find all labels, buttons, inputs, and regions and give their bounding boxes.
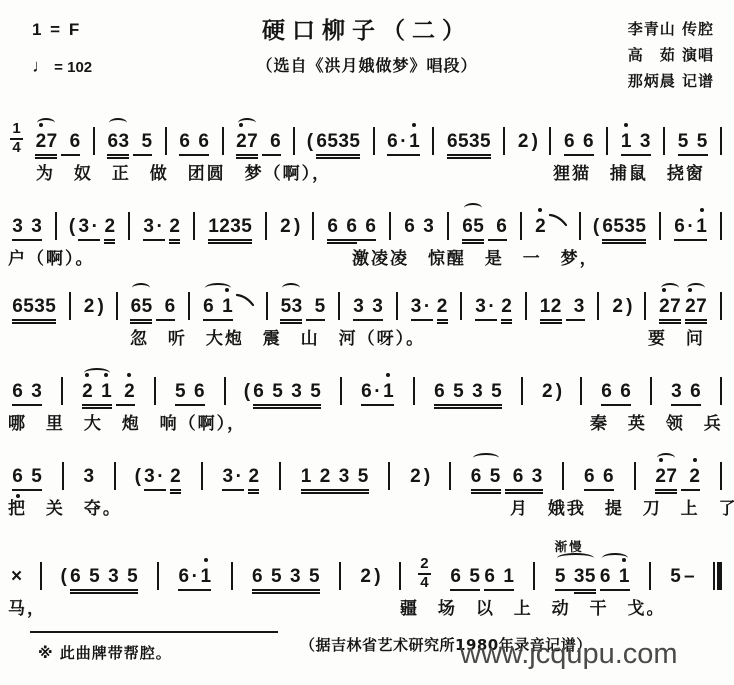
note-char xyxy=(483,379,491,406)
note-char: 3 xyxy=(108,564,119,591)
note-char: 5 xyxy=(271,564,282,591)
measure-cluster: 6·1 xyxy=(359,379,396,406)
note-char: 3 xyxy=(78,214,89,241)
note-char xyxy=(119,564,127,591)
note-char: 2 xyxy=(501,294,512,321)
barline xyxy=(460,292,462,320)
note-char xyxy=(312,464,320,491)
note-group: 2 xyxy=(410,464,421,491)
barline xyxy=(373,127,375,155)
note-char: · xyxy=(372,379,383,406)
note-char xyxy=(264,379,272,406)
barline xyxy=(338,292,340,320)
note-char xyxy=(595,464,603,491)
note-char xyxy=(505,464,513,491)
credit-line-singer: 高 茹 演唱 xyxy=(628,42,714,68)
measure-cluster: 2 xyxy=(533,211,568,241)
lyric-segment: 为 奴 正 做 团圆 梦（啊）， xyxy=(36,159,331,184)
note-char: 5 xyxy=(175,379,186,406)
measure-cluster: 6 1 xyxy=(201,291,255,321)
barline xyxy=(128,212,130,240)
note-char: 6 xyxy=(194,379,205,406)
note-char: 6 xyxy=(327,214,338,241)
lyric-segment: 月 娥我 提 刀 上 了 xyxy=(510,494,734,519)
lyrics-row: 为 奴 正 做 团圆 梦（啊），狸猫 捕鼠 挠窗 xyxy=(8,159,724,183)
barline xyxy=(720,127,722,155)
note-char xyxy=(23,379,31,406)
note-char xyxy=(612,379,620,406)
note-char: 6 xyxy=(361,379,372,406)
barline xyxy=(649,562,651,590)
note-char xyxy=(461,564,469,591)
note-group: 6535 xyxy=(602,214,646,241)
note-char: 6 xyxy=(316,129,327,156)
note-char xyxy=(566,564,574,591)
note-char: 6 xyxy=(583,129,594,156)
note-char: 2 xyxy=(689,464,700,491)
score-line-6: ×(6 5 3 56·16 5 3 52)246 56 1渐慢5 356 15–… xyxy=(8,545,724,618)
note-char xyxy=(611,564,619,591)
barline xyxy=(644,292,646,320)
note-group: 3· xyxy=(143,214,165,241)
measure-cluster: 3·2 xyxy=(220,464,261,491)
note-group: 6 3 xyxy=(404,214,434,241)
note-char: 1 xyxy=(503,564,514,591)
note-char: 6 xyxy=(404,214,415,241)
note-char: 2 xyxy=(655,464,666,491)
note-char: 1 xyxy=(383,379,394,406)
lyrics-row: 把 关 夺。月 娥我 提 刀 上 了 xyxy=(8,494,724,518)
note-char: · xyxy=(189,564,200,591)
barline xyxy=(293,127,295,155)
barline xyxy=(413,377,415,405)
note-char: 2 xyxy=(35,129,46,156)
note-char xyxy=(482,464,490,491)
note-group: 2 xyxy=(169,214,180,241)
notation-symbol: ) xyxy=(531,129,539,156)
measure-cluster: 6·1 xyxy=(385,129,422,156)
measure-cluster: 6 6 xyxy=(562,129,596,156)
note-char: 5 xyxy=(309,564,320,591)
footnote-divider xyxy=(30,631,278,633)
barline xyxy=(389,212,391,240)
note-char: 3 xyxy=(34,294,45,321)
lyrics-row: 马，疆 场 以 上 动 干 戈。 xyxy=(8,594,724,618)
barline xyxy=(339,562,341,590)
note-group: 6535 xyxy=(12,294,56,321)
note-char: 5 xyxy=(349,129,360,156)
glissando-down-icon xyxy=(548,211,568,233)
lyric-segment: 把 关 夺。 xyxy=(8,494,122,519)
note-char: 6 xyxy=(513,464,524,491)
measure-cluster: 3 6 xyxy=(669,379,703,406)
note-group: 2 xyxy=(116,379,135,406)
note-char xyxy=(689,129,697,156)
time-signature: 24 xyxy=(418,557,431,590)
measure-cluster: 3·2 xyxy=(473,294,514,321)
measure-cluster: 6 5 6 3 xyxy=(469,464,545,491)
barline xyxy=(396,292,398,320)
note-char: 6 xyxy=(253,379,264,406)
note-group: 2 xyxy=(535,214,546,241)
note-group: 1235 xyxy=(208,214,252,241)
note-char: 3 xyxy=(339,464,350,491)
note-char: 2 xyxy=(236,129,247,156)
barline xyxy=(579,212,581,240)
notation-symbol: ) xyxy=(423,464,431,491)
note-char xyxy=(566,294,574,321)
time-signature-bottom: 4 xyxy=(12,141,20,155)
note-char: 2 xyxy=(170,464,181,491)
note-char: 2 xyxy=(360,564,371,591)
high-octave-dot xyxy=(239,123,243,127)
measure-cluster: 6 3 xyxy=(10,379,44,406)
note-char xyxy=(100,564,108,591)
note-group: 6535 xyxy=(316,129,360,156)
lyric-segment: 狸猫 捕鼠 挠窗 xyxy=(553,159,705,184)
note-group: 6 xyxy=(262,129,281,156)
measure-cluster: 2) xyxy=(408,464,431,491)
note-group: 65 xyxy=(462,214,484,241)
time-signature-top: 1 xyxy=(12,122,20,136)
high-octave-dot xyxy=(700,208,704,212)
note-char: 3 xyxy=(222,464,233,491)
note-char: 6 xyxy=(70,564,81,591)
note-char: 3 xyxy=(411,294,422,321)
barline xyxy=(193,212,195,240)
note-char: 6 xyxy=(107,129,118,156)
note-group: 2 xyxy=(501,294,512,321)
note-group: 6 5 xyxy=(12,464,42,491)
notation-symbol: ) xyxy=(555,379,563,406)
measure-cluster: 65 6 xyxy=(460,214,509,241)
barline xyxy=(114,462,116,490)
high-octave-dot xyxy=(225,288,229,292)
measure-cluster: 2) xyxy=(278,214,301,241)
note-char: 5 xyxy=(491,379,502,406)
note-char: · xyxy=(233,464,244,491)
measure-cluster: 6 6 6 xyxy=(325,214,378,241)
barline xyxy=(520,212,522,240)
note-char: 6 xyxy=(270,129,281,156)
note-char: 2 xyxy=(84,294,95,321)
note-group: 12 xyxy=(540,294,562,321)
tie-arc xyxy=(132,283,150,293)
notation-symbol: ( xyxy=(134,464,142,491)
barline xyxy=(449,462,451,490)
note-group: 3· xyxy=(144,464,166,491)
note-group: 6·1 xyxy=(178,564,211,591)
glissando-down-icon xyxy=(235,291,255,313)
note-char: 5 xyxy=(31,464,42,491)
barline xyxy=(157,562,159,590)
measure-cluster: (6 5 3 5 xyxy=(243,379,323,406)
note-char: 6 xyxy=(164,294,175,321)
note-group: 6 1 xyxy=(600,564,630,591)
note-char xyxy=(23,464,31,491)
lyric-segment: 要 问 xyxy=(648,324,705,349)
note-char: 2 xyxy=(124,379,135,406)
barline xyxy=(61,377,63,405)
measure-cluster: 6 56 1 xyxy=(448,564,516,591)
barline xyxy=(116,292,118,320)
note-char: 6 xyxy=(387,129,398,156)
note-char xyxy=(133,129,141,156)
note-group: 6 3 xyxy=(505,464,543,491)
notation-symbol: ) xyxy=(97,294,105,321)
barline xyxy=(69,292,71,320)
notation-row: 6 32 1 25 6(6 5 3 56·16 5 3 52)6 63 6 xyxy=(8,360,724,406)
note-char: 6 xyxy=(434,379,445,406)
measure-cluster: (6535 xyxy=(306,129,362,156)
note-group: 2 xyxy=(170,464,181,491)
note-char: 6 xyxy=(602,214,613,241)
note-group: 6 5 xyxy=(450,564,480,591)
barline xyxy=(55,212,57,240)
note-char: 3 xyxy=(31,214,42,241)
measure-cluster: 渐慢5 356 1 xyxy=(553,564,632,591)
note-char: 5 xyxy=(141,294,152,321)
note-char xyxy=(488,214,496,241)
note-group: 2 xyxy=(248,464,259,491)
lyric-segment: 忽 听 大炮 震 山 河（呀）。 xyxy=(130,324,425,349)
notation-symbol: ) xyxy=(373,564,381,591)
measure-cluster: 3·2 xyxy=(141,214,182,241)
note-char: 2 xyxy=(612,294,623,321)
measure-cluster: 2) xyxy=(358,564,381,591)
note-group: 5 xyxy=(133,129,152,156)
lyrics-row: 户（啊）。激凌凌 惊醒 是 一 梦， xyxy=(8,244,724,268)
measure-cluster: 2) xyxy=(82,294,105,321)
note-char xyxy=(306,294,314,321)
note-char xyxy=(350,464,358,491)
note-group: 2 xyxy=(437,294,448,321)
note-char: 3 xyxy=(624,214,635,241)
note-group: 5 6 xyxy=(175,379,205,406)
high-octave-dot xyxy=(412,123,416,127)
note-char: 3 xyxy=(230,214,241,241)
note-group: 6 6 6 xyxy=(327,214,376,241)
measure-cluster: 5– xyxy=(668,564,696,591)
tempo-annotation: 渐慢 xyxy=(555,537,584,555)
note-char: · xyxy=(398,129,409,156)
measure-cluster: 6 5 3 5 xyxy=(250,564,322,591)
time-signature-bottom: 4 xyxy=(420,576,428,590)
notation-symbol: ( xyxy=(68,214,76,241)
note-char: 1 xyxy=(696,214,707,241)
note-char: 3 xyxy=(372,294,383,321)
note-group: 3· xyxy=(411,294,433,321)
note-char: 2 xyxy=(685,294,696,321)
note-char: 5 xyxy=(327,129,338,156)
note-group: 27 xyxy=(659,294,681,321)
note-char: 6 xyxy=(365,214,376,241)
measure-cluster: (3·2 xyxy=(68,214,117,241)
note-char: 6 xyxy=(12,464,23,491)
note-char xyxy=(524,464,532,491)
note-char: 7 xyxy=(670,294,681,321)
lyric-segment: 哪 里 大 炮 响（啊）， xyxy=(8,409,246,434)
note-char: 6 xyxy=(484,564,495,591)
high-octave-dot xyxy=(85,373,89,377)
note-group: 2 xyxy=(360,564,371,591)
note-char: 1 xyxy=(101,379,112,406)
note-char: 3 xyxy=(423,214,434,241)
measure-cluster: 6 6 xyxy=(582,464,616,491)
measure-cluster: 12 3 xyxy=(538,294,587,321)
note-char: 5 xyxy=(670,564,681,591)
score-line-4: 6 32 1 25 6(6 5 3 56·16 5 3 52)6 63 6哪 里… xyxy=(8,360,724,433)
note-char: 6 xyxy=(447,129,458,156)
note-group: 6535 xyxy=(447,129,491,156)
score-line-2: 3 3(3·23·212352)6 6 66 365 62(65356·1户（啊… xyxy=(8,195,724,268)
note-char: 3 xyxy=(290,564,301,591)
note-char xyxy=(23,214,31,241)
note-char: 2 xyxy=(82,379,93,406)
note-char xyxy=(156,294,164,321)
note-char: 6 xyxy=(601,379,612,406)
note-group: 3 xyxy=(83,464,94,491)
note-char: · xyxy=(422,294,433,321)
note-group: 6 6 xyxy=(601,379,631,406)
note-char xyxy=(283,379,291,406)
note-group: 6 xyxy=(61,129,80,156)
note-char: 3 xyxy=(31,379,42,406)
barline xyxy=(597,292,599,320)
tie-arc xyxy=(464,203,482,213)
note-char: 6 xyxy=(179,129,190,156)
barline xyxy=(222,127,224,155)
measure-cluster: 6 3 xyxy=(402,214,436,241)
note-char: 3 xyxy=(144,464,155,491)
measure-cluster: 65 6 xyxy=(128,294,177,321)
note-char: 1 xyxy=(409,129,420,156)
note-group: 6 1 xyxy=(203,294,233,321)
note-char: 6 xyxy=(450,564,461,591)
note-char: 5 xyxy=(555,564,566,591)
note-char xyxy=(61,129,69,156)
note-group: 2 xyxy=(104,214,115,241)
note-char xyxy=(186,379,194,406)
measure-cluster: 2727 xyxy=(657,294,709,321)
notation-symbol: ( xyxy=(243,379,251,406)
note-group: 27 xyxy=(655,464,677,491)
note-char xyxy=(81,564,89,591)
credits-block: 李青山 传腔 高 茹 演唱 那炳晨 记谱 xyxy=(628,16,714,94)
note-group: 27 xyxy=(35,129,57,156)
note-group: 2 xyxy=(84,294,95,321)
high-octave-dot xyxy=(104,373,108,377)
note-char: · xyxy=(89,214,100,241)
measure-cluster: 6535 xyxy=(10,294,58,321)
note-char: 5 xyxy=(490,464,501,491)
note-char: 6 xyxy=(130,294,141,321)
note-char: 3 xyxy=(338,129,349,156)
note-char: 6 xyxy=(690,379,701,406)
note-group: 6 5 3 5 xyxy=(253,379,321,406)
note-char xyxy=(681,464,689,491)
high-octave-dot xyxy=(39,123,43,127)
note-char: 2 xyxy=(659,294,670,321)
note-group: 6 xyxy=(156,294,175,321)
note-char: 3 xyxy=(118,129,129,156)
note-char: 6 xyxy=(346,214,357,241)
notation-symbol: ) xyxy=(293,214,301,241)
note-group: 6 6 xyxy=(179,129,209,156)
note-char: 5 xyxy=(480,129,491,156)
barline xyxy=(266,292,268,320)
barline xyxy=(188,292,190,320)
note-char xyxy=(331,464,339,491)
note-char: 3 xyxy=(291,294,302,321)
measure-cluster: 6·1 xyxy=(176,564,213,591)
notation-symbol: × xyxy=(10,564,23,591)
note-char: · xyxy=(155,464,166,491)
note-char xyxy=(338,214,346,241)
note-group: 3· xyxy=(475,294,497,321)
note-group: 6 xyxy=(488,214,507,241)
barline xyxy=(525,292,527,320)
measure-cluster: 2) xyxy=(610,294,633,321)
lyrics-row: 忽 听 大炮 震 山 河（呀）。要 问 xyxy=(8,324,724,348)
high-octave-dot xyxy=(204,558,208,562)
measure-cluster: 2) xyxy=(540,379,563,406)
note-char: 5 xyxy=(473,214,484,241)
note-char: 3 xyxy=(671,379,682,406)
notation-symbol: ( xyxy=(60,564,68,591)
tie-arc xyxy=(473,453,499,463)
note-group: 6 1 xyxy=(484,564,514,591)
barline xyxy=(312,212,314,240)
note-char: 5 xyxy=(613,214,624,241)
notation-symbol: ( xyxy=(592,214,600,241)
note-char xyxy=(302,379,310,406)
note-group: 2 1 xyxy=(82,379,112,406)
note-char: 6 xyxy=(600,564,611,591)
measure-cluster: 1235 xyxy=(206,214,254,241)
high-octave-dot xyxy=(538,208,542,212)
note-char xyxy=(682,379,690,406)
note-char: 6 xyxy=(203,294,214,321)
note-char: 5 xyxy=(678,129,689,156)
note-group: 27 xyxy=(685,294,707,321)
note-char: 1 xyxy=(619,564,630,591)
note-char: 5 xyxy=(585,564,596,591)
note-char: 1 xyxy=(200,564,211,591)
note-char: 3 xyxy=(143,214,154,241)
measure-cluster: 5 6 xyxy=(173,379,207,406)
note-char: 6 xyxy=(178,564,189,591)
measure-cluster: 2 1 2 xyxy=(80,379,137,406)
note-char xyxy=(445,379,453,406)
barline xyxy=(447,212,449,240)
note-group: 1 3 xyxy=(621,129,651,156)
barline xyxy=(93,127,95,155)
barline xyxy=(154,377,156,405)
measure-cluster: 27 6 xyxy=(234,129,283,156)
high-octave-dot xyxy=(622,558,626,562)
note-group: 6·1 xyxy=(387,129,420,156)
score-line-3: 65352)65 66 153 53 33·23·212 32)2727忽 听 … xyxy=(8,275,724,348)
measure-cluster: 3·2 xyxy=(409,294,450,321)
note-char: 5 xyxy=(635,214,646,241)
notation-row: 3 3(3·23·212352)6 6 66 365 62(65356·1 xyxy=(8,195,724,241)
note-char: 6 xyxy=(564,129,575,156)
credit-line-transcriber: 那炳晨 记谱 xyxy=(628,68,714,94)
measure-cluster: 5 5 xyxy=(676,129,710,156)
measure-cluster: 63 5 xyxy=(105,129,154,156)
note-char: 2 xyxy=(169,214,180,241)
